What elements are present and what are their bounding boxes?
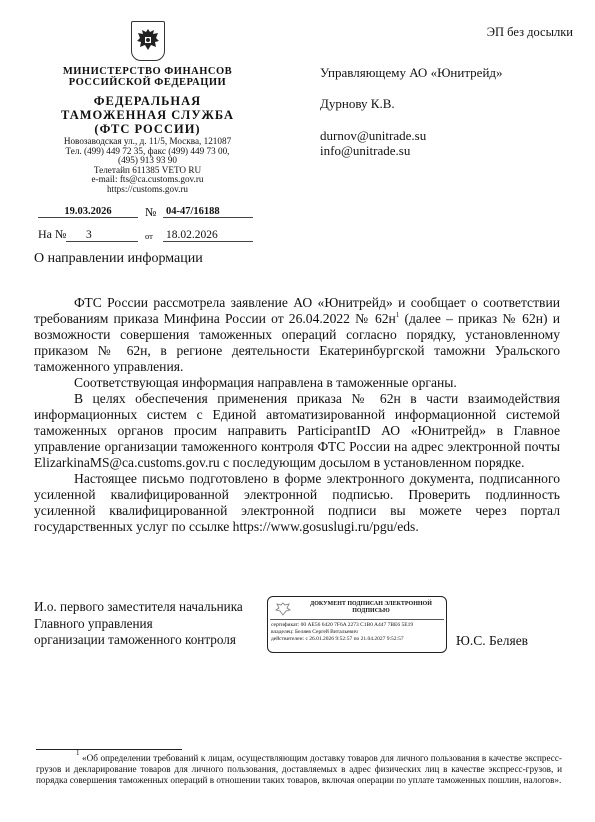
delivery-note: ЭП без досылки xyxy=(487,25,573,40)
sender-address: Новозаводская ул., д. 11/5, Москва, 1210… xyxy=(40,137,255,195)
addressee-position: Управляющему АО «Юнитрейд» xyxy=(320,65,503,80)
paragraph-1: ФТС России рассмотрела заявление АО «Юни… xyxy=(34,295,560,375)
addressee-name: Дурнову К.В. xyxy=(320,96,395,111)
addressee-email-2[interactable]: info@unitrade.su xyxy=(320,143,410,158)
signature-stamp-title: ДОКУМЕНТ ПОДПИСАН ЭЛЕКТРОННОЙ ПОДПИСЬЮ xyxy=(302,601,440,615)
footnote-separator xyxy=(36,749,182,750)
number-label: № xyxy=(145,205,156,220)
emblem-icon xyxy=(274,601,292,620)
ministry-name: МИНИСТЕРСТВО ФИНАНСОВ РОССИЙСКОЙ ФЕДЕРАЦ… xyxy=(40,66,255,88)
letter-subject: О направлении информации xyxy=(34,251,203,267)
footnote: 1 «Об определении требований к лицам, ос… xyxy=(36,753,562,787)
addressee-email-1[interactable]: durnov@unitrade.su xyxy=(320,128,426,143)
outgoing-number: 04-47/16188 xyxy=(163,206,253,218)
footnote-marker: 1 xyxy=(76,749,80,757)
paragraph-4: Настоящее письмо подготовлено в форме эл… xyxy=(34,471,560,535)
paragraph-2: Соответствующая информация направлена в … xyxy=(34,375,560,391)
coat-of-arms-icon xyxy=(131,21,165,61)
service-name: ФЕДЕРАЛЬНАЯ ТАМОЖЕННАЯ СЛУЖБА (ФТС РОССИ… xyxy=(40,94,255,136)
certificate-details: сертификат: 00 AE56 6420 7F6A 2273 C1B0 … xyxy=(271,622,443,643)
signatory-name: Ю.С. Беляев xyxy=(456,633,528,649)
letter-body: ФТС России рассмотрела заявление АО «Юни… xyxy=(34,295,560,535)
reply-to-date: 18.02.2026 xyxy=(163,229,253,242)
signatory-position: И.о. первого заместителя начальника Глав… xyxy=(34,599,243,649)
electronic-signature-stamp: ДОКУМЕНТ ПОДПИСАН ЭЛЕКТРОННОЙ ПОДПИСЬЮ с… xyxy=(267,596,447,653)
reply-to-label: На № xyxy=(38,227,66,242)
paragraph-3: В целях обеспечения применения приказа №… xyxy=(34,391,560,471)
reply-to-number: 3 xyxy=(66,229,138,242)
outgoing-date: 19.03.2026 xyxy=(38,206,138,218)
from-label: от xyxy=(145,231,153,241)
divider xyxy=(270,619,444,620)
